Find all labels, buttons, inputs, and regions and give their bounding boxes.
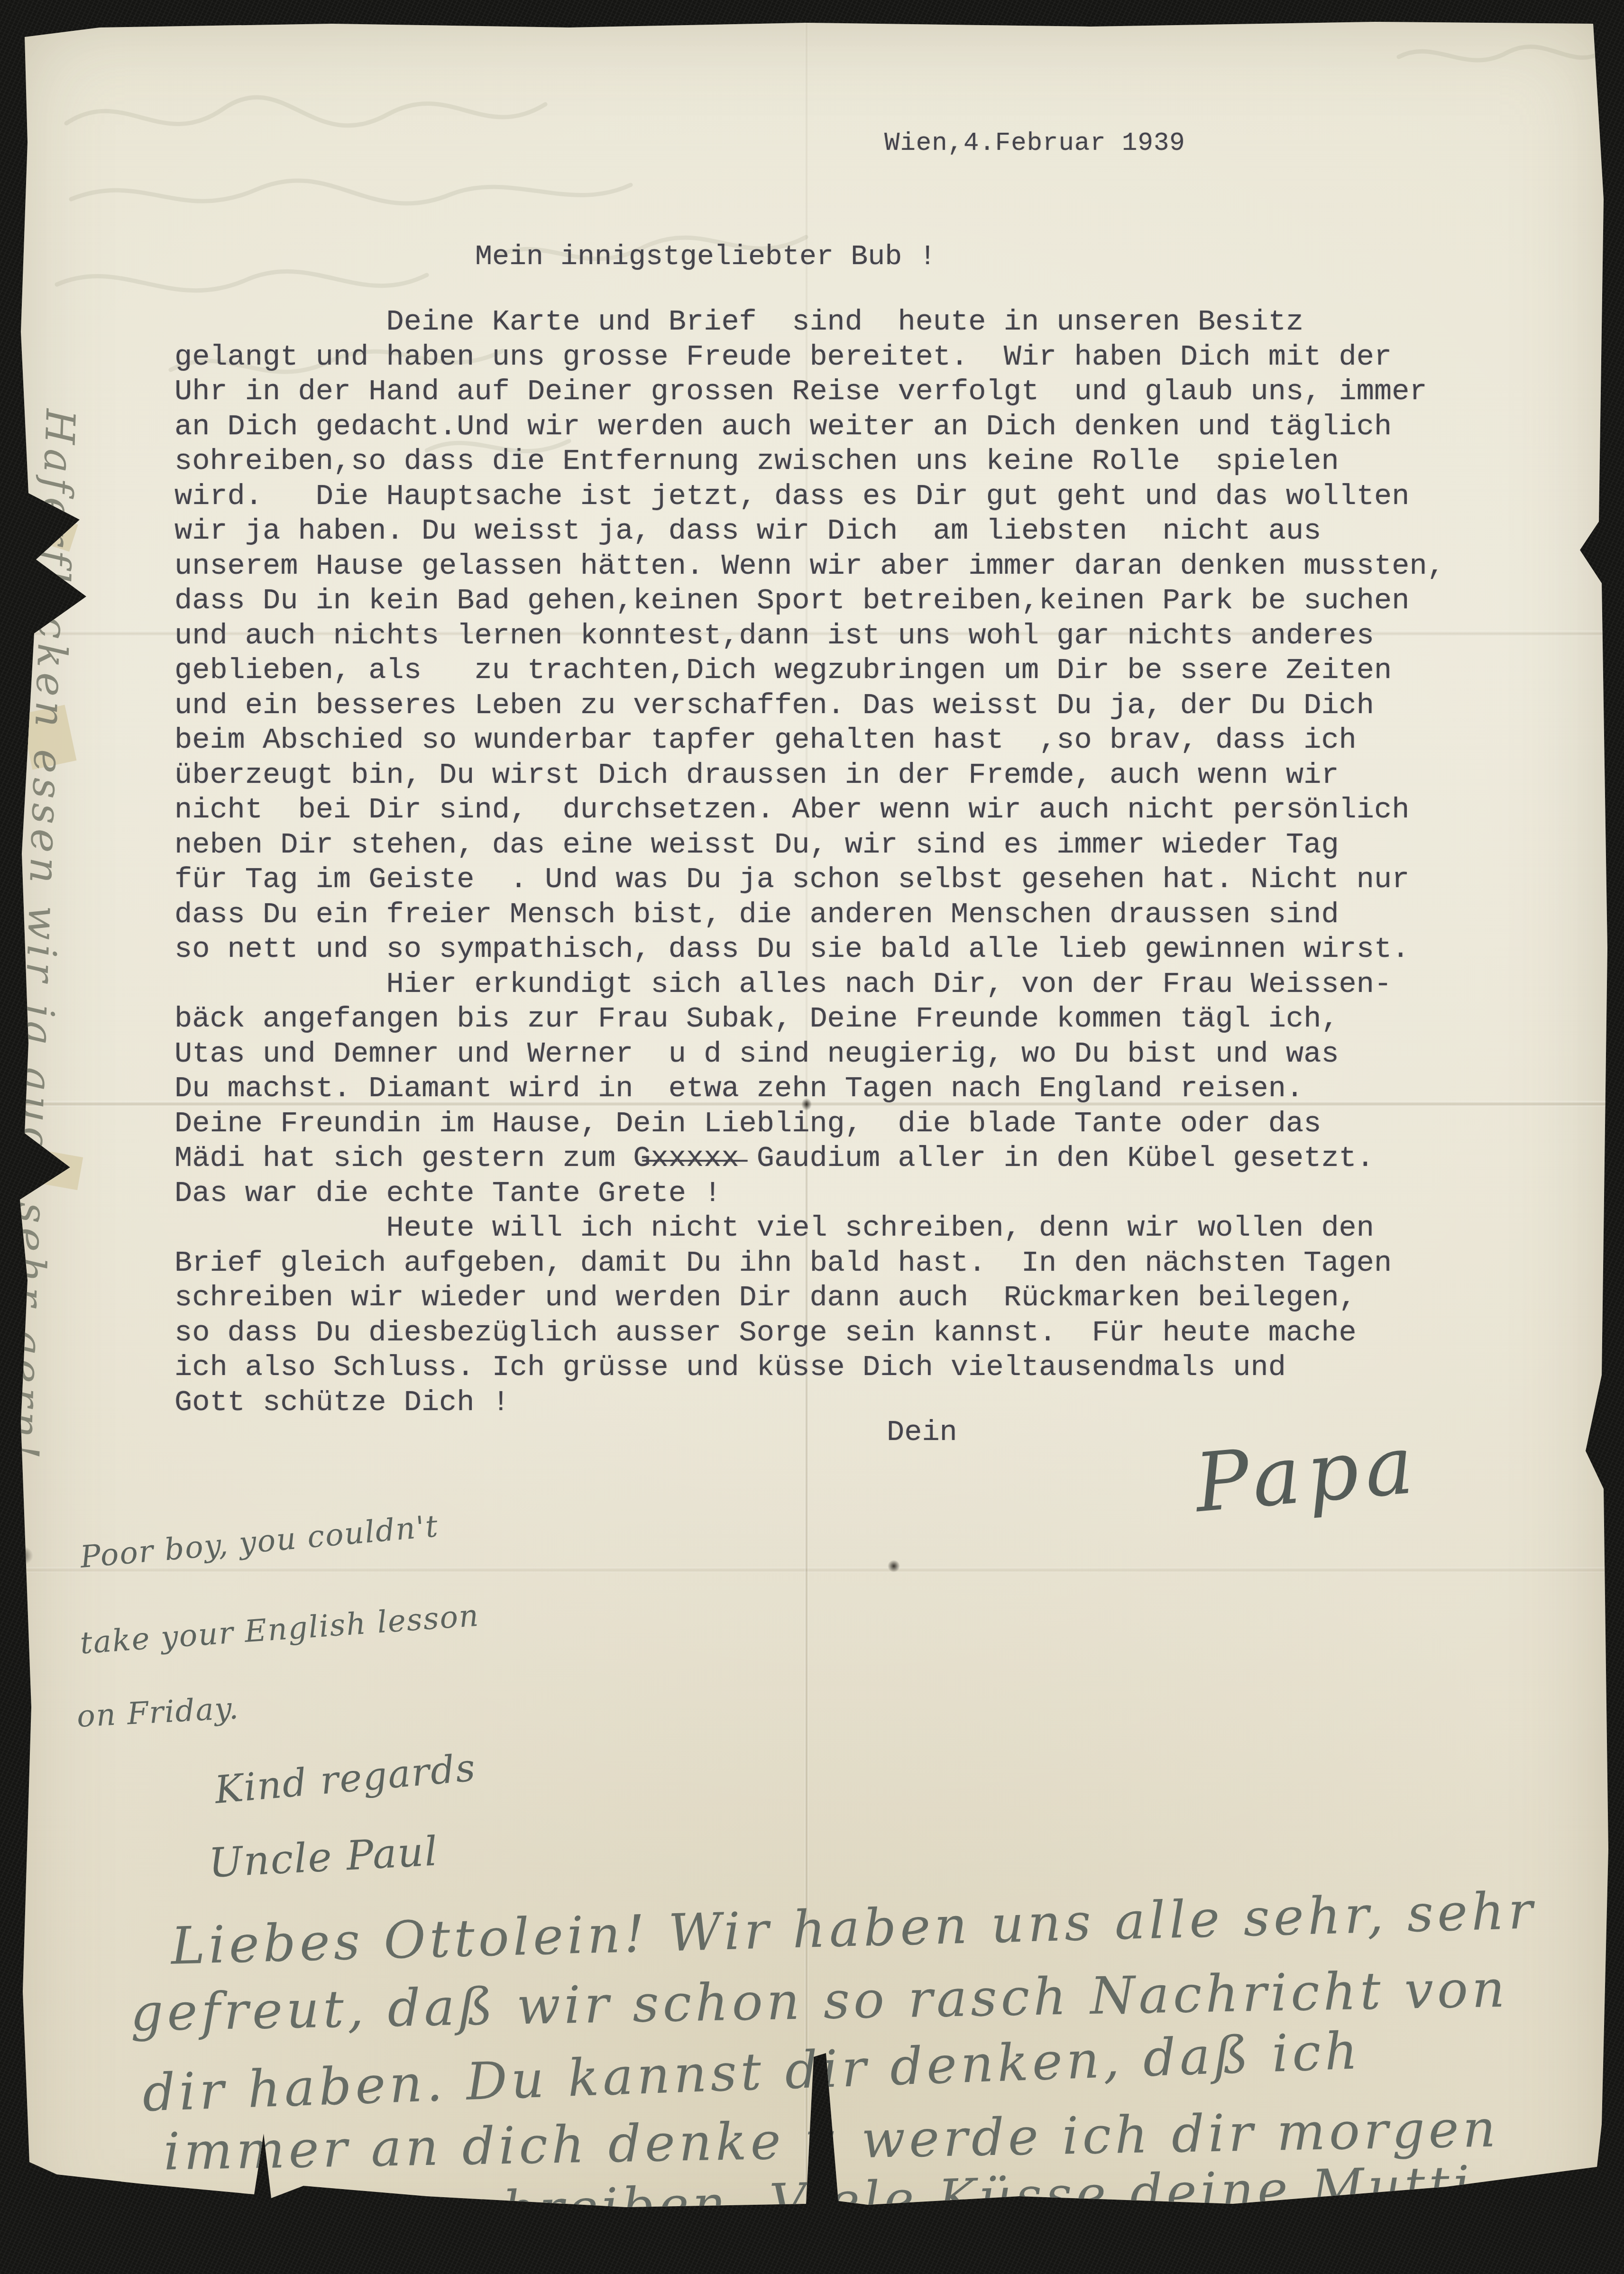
english-note-line: take your English lesson (79, 1598, 480, 1661)
edge-ink-smudge (0, 1545, 33, 1567)
small-ink-spot (888, 1560, 900, 1572)
english-note-line: Poor boy, you couldn't (79, 1509, 440, 1575)
english-note-kind-regards: Kind regards (213, 1745, 478, 1812)
letter-scan: Wien,4.Februar 1939 Mein innigstgeliebte… (0, 0, 1624, 2274)
date-line: Wien,4.Februar 1939 (884, 129, 1185, 158)
english-note-line: on Friday. (76, 1691, 240, 1734)
closing-word: Dein (887, 1415, 957, 1449)
salutation: Mein innigstgeliebter Bub ! (475, 241, 936, 273)
letter-body: Deine Karte und Brief sind heute in unse… (174, 304, 1445, 1420)
signature-uncle-paul: Uncle Paul (208, 1828, 440, 1887)
fold-crease-horizontal-3 (0, 1567, 1624, 1573)
paper-sheet: Wien,4.Februar 1939 Mein innigstgeliebte… (0, 0, 1624, 2274)
margin-note-vertical: Haferflocken essen wir ja auch sehr gern… (0, 408, 83, 1476)
signature-papa: Papa (1191, 1418, 1423, 1531)
german-note-line: Liebes Ottolein! Wir haben uns alle sehr… (170, 1881, 1537, 1976)
